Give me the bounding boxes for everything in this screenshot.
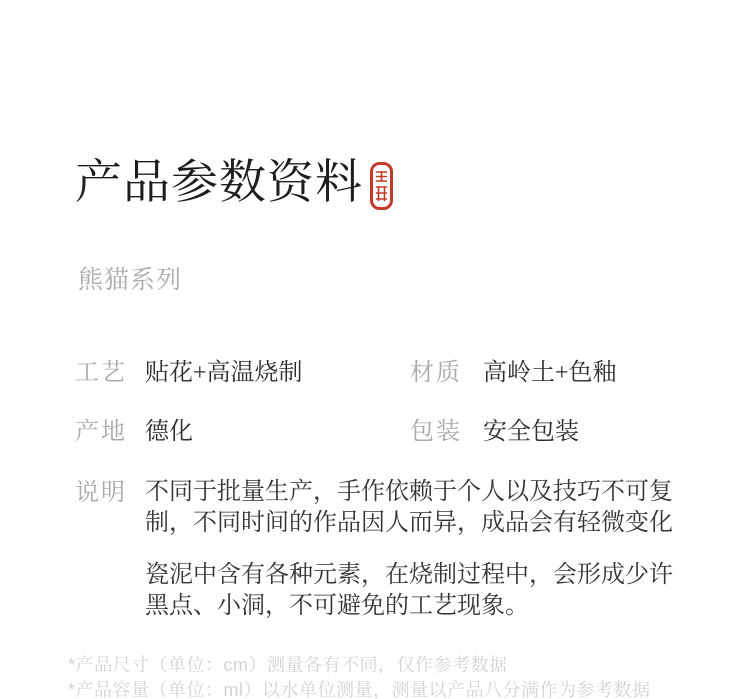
notes-paragraph-1: 不同于批量生产，手作依赖于个人以及技巧不可复 制，不同时间的作品因人而异，成品会… [145,477,705,539]
page-title: 产品参数资料 [75,158,363,210]
param-value-origin: 德化 [145,419,193,445]
param-label-material: 材质 [410,360,462,386]
param-value-material: 高岭土+色釉 [483,360,617,386]
param-value-craft: 贴花+高温烧制 [145,360,303,386]
seal-stamp-icon [370,162,393,210]
notes-line: 制，不同时间的作品因人而异，成品会有轻微变化 [145,508,705,539]
param-label-packaging: 包装 [410,419,462,445]
param-label-origin: 产地 [75,419,127,445]
section-header: 产品参数资料 [75,158,393,210]
param-label-craft: 工艺 [75,360,127,386]
footnote-size: *产品尺寸（单位：cm）测量各有不同，仅作参考数据 [68,653,651,678]
footnotes: *产品尺寸（单位：cm）测量各有不同，仅作参考数据 *产品容量（单位：ml）以水… [68,653,651,699]
param-value-packaging: 安全包装 [483,419,579,445]
notes-line: 黑点、小洞，不可避免的工艺现象。 [145,591,705,622]
notes-paragraph-2: 瓷泥中含有各种元素，在烧制过程中，会形成少许 黑点、小洞，不可避免的工艺现象。 [145,560,705,622]
product-specs-page: 产品参数资料 熊猫系列 工艺 贴花+高温烧制 材质 高岭土+色釉 产地 德化 包… [0,0,750,699]
notes-line: 不同于批量生产，手作依赖于个人以及技巧不可复 [145,477,705,508]
notes-line: 瓷泥中含有各种元素，在烧制过程中，会形成少许 [145,560,705,591]
param-label-notes: 说明 [75,480,127,506]
series-name: 熊猫系列 [78,266,182,296]
footnote-capacity: *产品容量（单位：ml）以水单位测量，测量以产品八分满作为参考数据 [68,678,651,699]
